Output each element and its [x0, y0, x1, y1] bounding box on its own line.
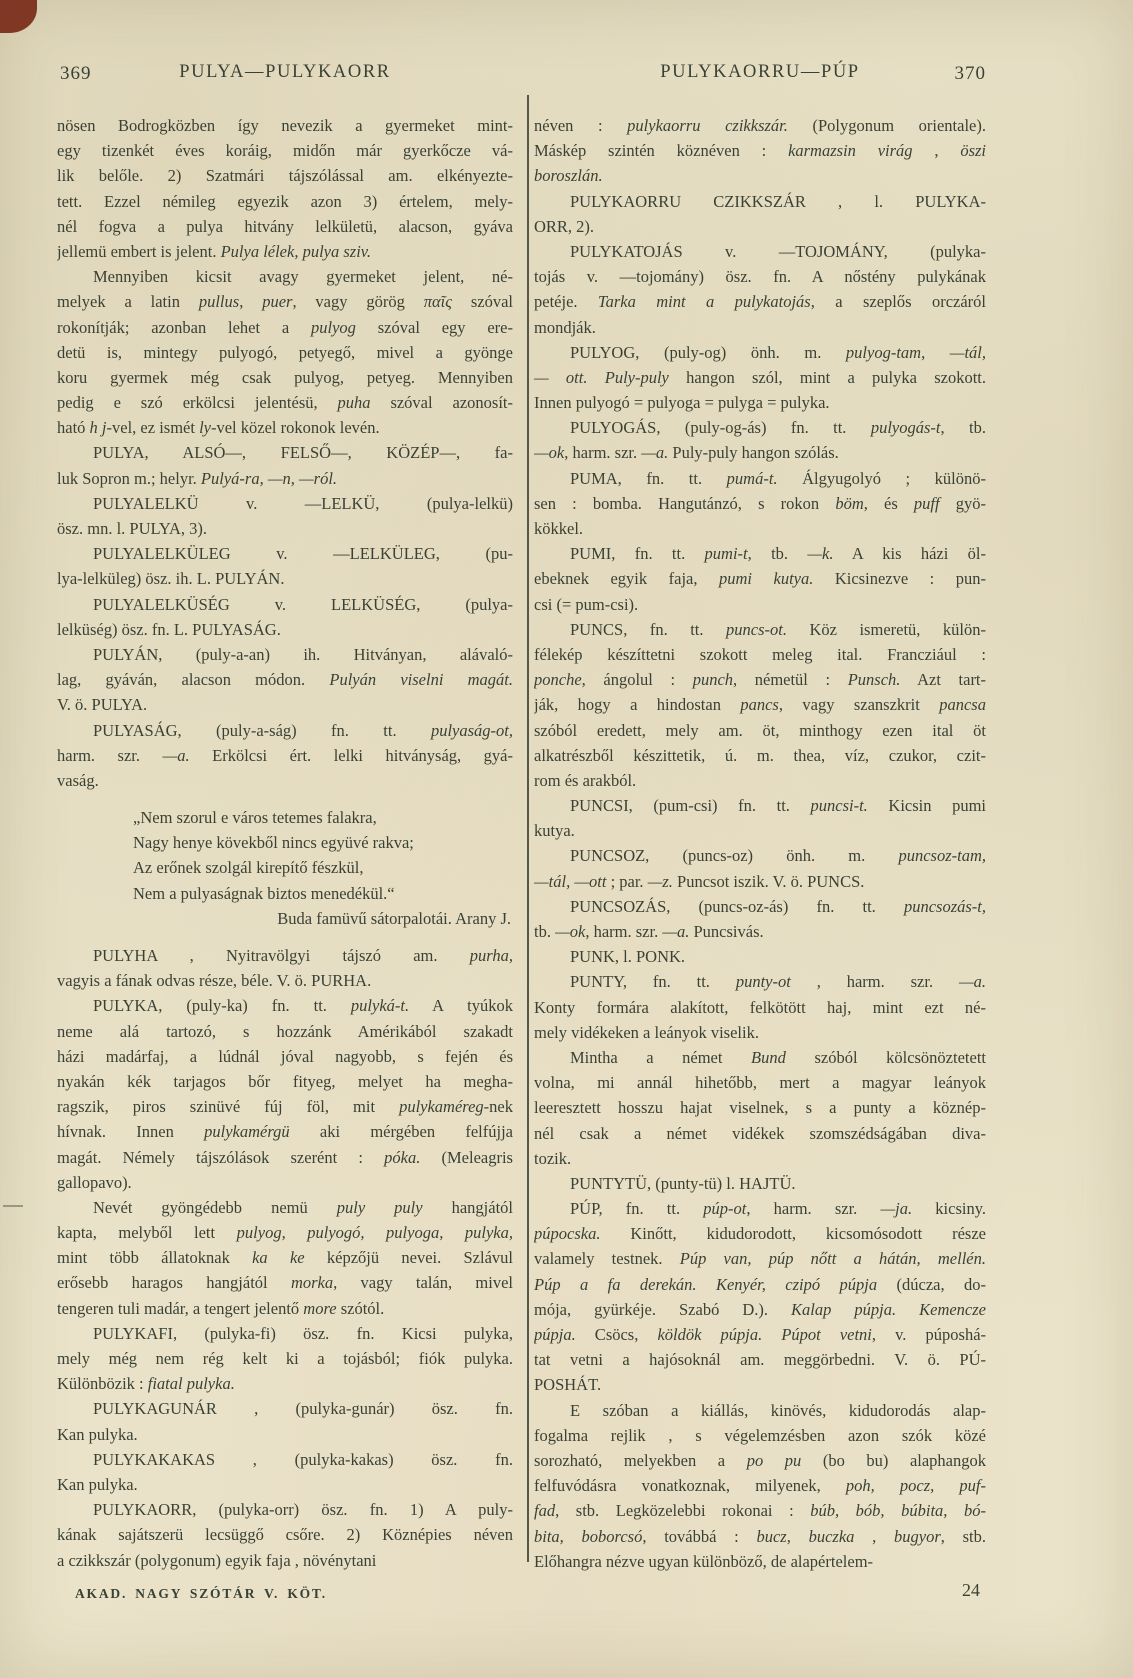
text-run: ösz. mn. l. PULYA, 3). — [57, 519, 207, 538]
italic-text-run: puncsozás-t, — [904, 897, 986, 916]
text-run: kökkel. — [534, 519, 583, 538]
text-run: lik belőle. 2) Szatmári tájszólással am.… — [57, 166, 513, 185]
italic-text-run: — ott. Puly-puly — [534, 368, 669, 387]
text-line: vagyis a fának odvas része, béle. V. ö. … — [57, 968, 513, 993]
text-line: volna, mi annál hihetőbb, mert a magyar … — [534, 1070, 986, 1095]
text-run: , harm. szr. — [791, 972, 959, 991]
italic-text-run: poh, pocz, puf- — [846, 1476, 986, 1495]
text-run: , tb. — [941, 418, 987, 437]
italic-text-run: fiatal pulyka. — [148, 1374, 235, 1393]
text-run: a czikkszár (polygonum) egyik faja , növ… — [57, 1551, 376, 1570]
italic-text-run: puly puly — [337, 1198, 423, 1217]
italic-text-run: morka — [291, 1273, 333, 1292]
text-line: kának sajátszerü lecsüggő csőre. 2) Közn… — [57, 1522, 513, 1547]
text-run: mója, gyürkéje. Szabó D.). — [534, 1300, 791, 1319]
text-run: ható — [57, 418, 90, 437]
text-run: detü is, mintegy pulyogó, petyegő, mivel… — [57, 343, 513, 362]
text-run: PULYKATOJÁS v. —TOJOMÁNY, (pulyka- — [570, 242, 986, 261]
italic-text-run: puff — [914, 494, 940, 513]
text-run: Puncsot iszik. V. ö. PUNCS. — [673, 872, 864, 891]
text-line: PULYKAORRU CZIKKSZÁR , l. PULYKA- — [534, 189, 986, 214]
italic-text-run: Punsch. — [848, 670, 901, 689]
text-run: kicsiny. — [912, 1199, 986, 1218]
text-line: PUNCSI, (pum-csi) fn. tt. puncsi-t. Kics… — [534, 793, 986, 818]
text-line: tat vetni a hajósoknál am. meggörbedni. … — [534, 1347, 986, 1372]
text-line: kutya. — [534, 818, 986, 843]
text-run: petéje. — [534, 292, 598, 311]
text-line: mint több állatoknak ka ke képzőjü nevei… — [57, 1245, 513, 1270]
text-run: E szóban a kiállás, kinövés, kidudorodás… — [570, 1401, 986, 1420]
text-run: nél csak a német vidékek szomszédságában… — [534, 1124, 986, 1143]
italic-text-run: ka ke — [252, 1248, 305, 1267]
text-run: harm. szr. — [57, 746, 163, 765]
text-line: púpocska. Kinőtt, kidudorodott, kicsomós… — [534, 1221, 986, 1246]
text-line: szóból eredett, mely am. öt, minthogy ez… — [534, 718, 986, 743]
text-run: mondják. — [534, 318, 596, 337]
text-line: nösen Bodrogközben így nevezik a gyermek… — [57, 113, 513, 138]
scanned-dictionary-page: { "colors":{"paper":"#eae3c9","ink":"#3a… — [0, 0, 1133, 1678]
page-number-right: 370 — [926, 63, 986, 85]
text-run: luk Sopron m.; helyr. — [57, 469, 201, 488]
italic-text-run: —k. — [807, 544, 833, 563]
text-run: Nevét gyöngédebb nemü — [93, 1198, 337, 1217]
text-line: lya-lelküleg) ösz. ih. L. PULYÁN. — [57, 566, 513, 591]
text-run: PULYOG, (puly-og) önh. m. — [570, 343, 846, 362]
text-run: PUMA, fn. tt. — [570, 469, 727, 488]
text-line: ják, hogy a hindostan pancs, vagy szansz… — [534, 692, 986, 717]
italic-text-run: puncs-ot. — [726, 620, 787, 639]
text-line: sen : bomba. Hangutánzó, s rokon böm, és… — [534, 491, 986, 516]
italic-text-run: pulyaság-ot, — [431, 721, 513, 740]
text-run: Buda famüvű sátorpalotái. Arany J. — [277, 909, 511, 928]
italic-text-run: purha, — [470, 946, 513, 965]
italic-text-run: pulykaméreg — [399, 1097, 484, 1116]
italic-text-run: po pu — [747, 1451, 802, 1470]
text-run: gyö- — [940, 494, 986, 513]
text-run: PUNCSI, (pum-csi) fn. tt. — [570, 796, 811, 815]
text-line: E szóban a kiállás, kinövés, kidudorodás… — [534, 1398, 986, 1423]
text-line: lelküség) ösz. fn. L. PULYASÁG. — [57, 617, 513, 642]
text-line: kökkel. — [534, 516, 986, 541]
text-line: félekép készíttetni szokott meleg ital. … — [534, 642, 986, 667]
italic-text-run: —ja. — [880, 1199, 912, 1218]
text-line: tett. Ezzel némileg egyezik azon 3) érte… — [57, 189, 513, 214]
running-head-right: PULYKAORRU—PÚP — [534, 62, 986, 83]
text-run: lelküség) ösz. fn. L. PULYASÁG. — [57, 620, 281, 639]
text-run: tozik. — [534, 1149, 571, 1168]
text-run: koru gyermek még csak pulyog, petyeg. Me… — [57, 368, 513, 387]
column-divider-rule — [527, 95, 529, 1562]
text-line: ható h j-vel, ez ismét ly-vel közel roko… — [57, 415, 513, 440]
text-line: harm. szr. —a. Erkölcsi ért. lelki hitvá… — [57, 743, 513, 768]
text-run: A tyúkok — [409, 996, 513, 1015]
text-run: PULYALELKÜSÉG v. LELKÜSÉG, (pulya- — [93, 595, 513, 614]
text-run: sorozható, melyekben a — [534, 1451, 747, 1470]
text-line: detü is, mintegy pulyogó, petyegő, mivel… — [57, 340, 513, 365]
text-line: fogalma rejlik , s végelemzésben azon sz… — [534, 1423, 986, 1448]
text-line: PULYKAORR, (pulyka-orr) ösz. fn. 1) A pu… — [57, 1497, 513, 1522]
text-line: nél fogva a pulya hitvány lelkületü, ala… — [57, 214, 513, 239]
italic-text-run: bita, boborcsó — [534, 1527, 642, 1546]
text-run: Konty formára alakított, felkötött haj, … — [534, 998, 986, 1017]
text-run: tat vetni a hajósoknál am. meggörbedni. … — [534, 1350, 986, 1369]
text-line: boroszlán. — [534, 163, 986, 188]
text-line: PULYA, ALSÓ—, FELSŐ—, KÖZÉP—, fa- — [57, 440, 513, 465]
text-line: vaság. — [57, 768, 513, 793]
text-line: PUNTY, fn. tt. punty-ot , harm. szr. —a. — [534, 969, 986, 994]
italic-text-run: púpja. — [534, 1325, 576, 1344]
text-line: Buda famüvű sátorpalotái. Arany J. — [57, 906, 513, 931]
text-run: ; par. — [606, 872, 647, 891]
italic-text-run: pumi kutya. — [719, 569, 813, 588]
text-line: tb. —ok, harm. szr. —a. Puncsivás. — [534, 919, 986, 944]
italic-text-run: —a. — [163, 746, 190, 765]
text-run: , stb. — [941, 1527, 986, 1546]
text-line: tengeren tuli madár, a tengert jelentő m… — [57, 1296, 513, 1321]
text-run: Mintha a német — [570, 1048, 751, 1067]
text-run: PÚP, fn. tt. — [570, 1199, 703, 1218]
text-run: szóból eredett, mely am. öt, minthogy ez… — [534, 721, 986, 740]
italic-text-run: pullus — [199, 292, 239, 311]
italic-text-run: öszi — [960, 141, 986, 160]
italic-text-run: ponche — [534, 670, 582, 689]
italic-text-run: köldök púpja. Púpot vetni — [657, 1325, 871, 1344]
text-run: PUMI, fn. tt. — [570, 544, 705, 563]
italic-text-run: —tál, —ott — [534, 872, 606, 891]
text-line: lik belőle. 2) Szatmári tájszólással am.… — [57, 163, 513, 188]
text-run: kutya. — [534, 821, 575, 840]
italic-text-run: more — [303, 1299, 336, 1318]
text-run: Nem a pulyaságnak biztos menedékül.“ — [133, 884, 395, 903]
text-run: hangjától — [423, 1198, 513, 1217]
text-run: ragszik, piros szinüvé fúj föl, mit — [57, 1097, 399, 1116]
text-line: Innen pulyogó = pulyoga = pulyga = pulyk… — [534, 390, 986, 415]
text-line: fad, stb. Legközelebbi rokonai : búb, bó… — [534, 1498, 986, 1523]
text-run: valamely testnek. — [534, 1249, 680, 1268]
text-run: , továbbá : — [642, 1527, 756, 1546]
text-run: egy tizenkét éves koráig, midőn már gyer… — [57, 141, 513, 160]
text-line: Mennyiben kicsit avagy gyermeket jelent,… — [57, 264, 513, 289]
text-line: tojás v. —tojomány) ösz. fn. A nőstény p… — [534, 264, 986, 289]
text-line: púpja. Csöcs, köldök púpja. Púpot vetni,… — [534, 1322, 986, 1347]
italic-text-run: Pulyá-ra, —n, —ról. — [201, 469, 337, 488]
text-run: Kan pulyka. — [57, 1475, 138, 1494]
text-line: csi (= pum-csi). — [534, 592, 986, 617]
text-line: luk Sopron m.; helyr. Pulyá-ra, —n, —ról… — [57, 466, 513, 491]
text-run: „Nem szorul e város tetemes falakra, — [133, 808, 377, 827]
italic-text-run: Kalap púpja. Kemencze — [791, 1300, 986, 1319]
text-run: PULYALELKÜ v. —LELKÜ, (pulya-lelkü) — [93, 494, 513, 513]
text-run: PUNCS, fn. tt. — [570, 620, 726, 639]
text-line: 24 — [534, 1578, 986, 1603]
text-run: tojás v. —tojomány) ösz. fn. A nőstény p… — [534, 267, 986, 286]
text-run: csi (= pum-csi). — [534, 595, 638, 614]
text-line: Nagy henye kövekből nincs együvé rakva; — [57, 830, 513, 855]
text-line: Nem a pulyaságnak biztos menedékül.“ — [57, 881, 513, 906]
text-run: PULYÁN, (puly-a-an) ih. Hitványan, aláva… — [93, 645, 513, 664]
text-run: PULYKAGUNÁR , (pulyka-gunár) ösz. fn. — [93, 1399, 513, 1418]
italic-text-run: pancs — [740, 695, 779, 714]
text-run: V. ö. PULYA. — [57, 695, 147, 714]
text-line: felfuvódásra vonatkoznak, milyenek, poh,… — [534, 1473, 986, 1498]
text-line: rokonítják; azonban lehet a pulyog szóva… — [57, 315, 513, 340]
italic-text-run: púpocska. — [534, 1224, 600, 1243]
text-run: Kinőtt, kidudorodott, kicsomósodott rész… — [600, 1224, 986, 1243]
text-run: lya-lelküleg) ösz. ih. L. PULYÁN. — [57, 569, 284, 588]
text-line: ebeknek egyik faja, pumi kutya. Kicsinez… — [534, 566, 986, 591]
italic-text-run: bucz, buczka , bugyor — [756, 1527, 940, 1546]
text-run: ebeknek egyik faja, — [534, 569, 719, 588]
text-run — [697, 1275, 716, 1294]
italic-text-run: pancsa — [939, 695, 986, 714]
text-line: PUMI, fn. tt. pumi-t, tb. —k. A kis házi… — [534, 541, 986, 566]
text-line: PULYASÁG, (puly-a-ság) fn. tt. pulyaság-… — [57, 718, 513, 743]
text-run: PUNCSOZ, (puncs-oz) önh. m. — [570, 846, 898, 865]
text-run: PULYASÁG, (puly-a-ság) fn. tt. — [93, 721, 431, 740]
text-run: , vagy szanszkrit — [779, 695, 939, 714]
text-line: neme alá tartozó, s hozzánk Amérikából s… — [57, 1019, 513, 1044]
italic-text-run: ly — [199, 418, 211, 437]
text-run: , harm. szr. — [746, 1199, 880, 1218]
text-run: szóval azonosít- — [371, 393, 513, 412]
text-line: PÚP, fn. tt. púp-ot, harm. szr. —ja. kic… — [534, 1196, 986, 1221]
text-run: , a szeplős orczáról — [811, 292, 986, 311]
italic-text-run: pulykamérgü — [204, 1122, 290, 1141]
text-run: ORR, 2). — [534, 217, 594, 236]
text-line: egy tizenkét éves koráig, midőn már gyer… — [57, 138, 513, 163]
text-line: PULYALELKÜ v. —LELKÜ, (pulya-lelkü) — [57, 491, 513, 516]
text-line: koru gyermek még csak pulyog, petyeg. Me… — [57, 365, 513, 390]
text-run: nösen Bodrogközben így nevezik a gyermek… — [57, 116, 513, 135]
text-run: PULYALELKÜLEG v. —LELKÜLEG, (pu- — [93, 544, 513, 563]
text-run: kapta, melyből lett — [57, 1223, 237, 1242]
text-run: szóval egy ere- — [356, 318, 513, 337]
italic-text-run: punty-ot — [736, 972, 791, 991]
italic-text-run: pumá-t. — [727, 469, 778, 488]
text-run: vaság. — [57, 771, 99, 790]
text-run: ják, hogy a hindostan — [534, 695, 740, 714]
text-run: , vagy görög — [292, 292, 423, 311]
text-run: , németül : — [733, 670, 848, 689]
text-line: PUNCSOZÁS, (puncs-oz-ás) fn. tt. puncsoz… — [534, 894, 986, 919]
text-run: leeresztett hosszu hajat viselnek, s a p… — [534, 1098, 986, 1117]
text-run: sen : bomba. Hangutánzó, s rokon — [534, 494, 835, 513]
text-run: , — [913, 141, 961, 160]
text-run: szóból kölcsönöztetett — [786, 1048, 986, 1067]
text-line: mondják. — [534, 315, 986, 340]
text-line: Púp a fa derekán. Kenyér, czipó púpja (d… — [534, 1272, 986, 1297]
text-line: leeresztett hosszu hajat viselnek, s a p… — [534, 1095, 986, 1120]
text-run: PULYKAORRU CZIKKSZÁR , l. PULYKA- — [570, 192, 986, 211]
text-run: szótól. — [337, 1299, 385, 1318]
text-line: PUNCSOZ, (puncs-oz) önh. m. puncsoz-tam, — [534, 843, 986, 868]
text-run: képzőjü nevei. Szlávul — [305, 1248, 513, 1267]
text-line: — ott. Puly-puly hangon szól, mint a pul… — [534, 365, 986, 390]
text-run: félekép készíttetni szokott meleg ital. … — [534, 645, 986, 664]
text-run: Puly-puly hangon szólás. — [668, 443, 839, 462]
italic-text-run: —a. — [641, 443, 668, 462]
text-run: házi madárfaj, a lúdnál jóval nagyobb, s… — [57, 1047, 513, 1066]
italic-text-run: puer — [262, 292, 292, 311]
text-line: Előhangra nézve ugyan különböző, de alap… — [534, 1549, 986, 1574]
text-line: jellemü embert is jelent. Pulya lélek, p… — [57, 239, 513, 264]
italic-text-run: pulyká-t. — [351, 996, 409, 1015]
text-line: hívnak. Innen pulykamérgü aki mérgében f… — [57, 1119, 513, 1144]
text-run: Máskép szintén köznéven : — [534, 141, 788, 160]
text-line: gallopavo). — [57, 1170, 513, 1195]
text-run: (Meleagris — [420, 1148, 513, 1167]
italic-text-run: Púp van, púp nőtt a hátán, mellén. — [680, 1249, 986, 1268]
text-line: pedig e szó erkölcsi jelentésü, puha szó… — [57, 390, 513, 415]
running-head-left: PULYA—PULYKAORR — [57, 62, 513, 83]
text-column-left: nösen Bodrogközben így nevezik a gyermek… — [57, 113, 513, 1573]
text-run: hangon szól, mint a pulyka szokott. — [669, 368, 986, 387]
italic-text-run: búb, bób, búbita, bó- — [810, 1501, 986, 1520]
text-run: , tb. — [748, 544, 808, 563]
text-line: Konty formára alakított, felkötött haj, … — [534, 995, 986, 1020]
text-run: 24 — [962, 1580, 980, 1600]
text-line: PULYALELKÜSÉG v. LELKÜSÉG, (pulya- — [57, 592, 513, 617]
text-run: , és — [864, 494, 914, 513]
text-run: Erkölcsi ért. lelki hitványság, gyá- — [190, 746, 513, 765]
text-line: bita, boborcsó, továbbá : bucz, buczka ,… — [534, 1524, 986, 1549]
italic-text-run: h j — [90, 418, 107, 437]
text-run: PULYKAORR, (pulyka-orr) ösz. fn. 1) A pu… — [93, 1500, 513, 1519]
text-line: petéje. Tarka mint a pulykatojás, a szep… — [534, 289, 986, 314]
italic-text-run: fad — [534, 1501, 555, 1520]
text-line: Kan pulyka. — [57, 1422, 513, 1447]
italic-text-run: παῖς — [424, 292, 452, 311]
text-line: Kan pulyka. — [57, 1472, 513, 1497]
text-line: ragszik, piros szinüvé fúj föl, mit puly… — [57, 1094, 513, 1119]
text-run: , ángolul : — [582, 670, 693, 689]
text-run: Az erőnek szolgál kirepítő fészkül, — [133, 858, 363, 877]
text-run: Mennyiben kicsit avagy gyermeket jelent,… — [93, 267, 513, 286]
text-line: PUNK, l. PONK. — [534, 944, 986, 969]
text-run: PULYA, ALSÓ—, FELSŐ—, KÖZÉP—, fa- — [93, 443, 513, 462]
text-line: PULYKAFI, (pulyka-fi) ösz. fn. Kicsi pul… — [57, 1321, 513, 1346]
text-run: fogalma rejlik , s végelemzésben azon sz… — [534, 1426, 986, 1445]
text-run: PUNCSOZÁS, (puncs-oz-ás) fn. tt. — [570, 897, 904, 916]
text-column-right: néven : pulykaorru czikkszár. (Polygonum… — [534, 113, 986, 1603]
text-run: alkatrészből készittetik, ú. m. thea, ví… — [534, 746, 986, 765]
italic-text-run: pulyog-tam, —tál, — [846, 343, 986, 362]
text-run: Puncsivás. — [689, 922, 763, 941]
text-run: kának sajátszerü lecsüggő csőre. 2) Közn… — [57, 1525, 513, 1544]
text-line: ORR, 2). — [534, 214, 986, 239]
text-line: PULYKA, (puly-ka) fn. tt. pulyká-t. A ty… — [57, 993, 513, 1018]
italic-text-run: Tarka mint a pulykatojás — [598, 292, 811, 311]
text-line: Máskép szintén köznéven : karmazsin virá… — [534, 138, 986, 163]
text-line: alkatrészből készittetik, ú. m. thea, ví… — [534, 743, 986, 768]
text-run: néven : — [534, 116, 627, 135]
text-run: tb. — [534, 922, 555, 941]
text-run: (dúcza, do- — [877, 1275, 986, 1294]
text-line: kapta, melyből lett pulyog, pulyogó, pul… — [57, 1220, 513, 1245]
italic-text-run: pumi-t — [705, 544, 748, 563]
text-line: tozik. — [534, 1146, 986, 1171]
text-run: , — [239, 292, 262, 311]
italic-text-run: puha — [338, 393, 371, 412]
text-run: mely még nem rég kelt ki a tojásból; fió… — [57, 1349, 513, 1368]
text-run: PULYKAKAKAS , (pulyka-kakas) ösz. fn. — [93, 1450, 513, 1469]
text-run: mint több állatoknak — [57, 1248, 252, 1267]
text-run: Különbözik : — [57, 1374, 148, 1393]
text-run: neme alá tartozó, s hozzánk Amérikából s… — [57, 1022, 513, 1041]
text-line: nyakán kék tarjagos bőr fityeg, melyet h… — [57, 1069, 513, 1094]
text-run: , harm. szr. — [564, 443, 641, 462]
text-run: tengeren tuli madár, a tengert jelentő — [57, 1299, 303, 1318]
text-run: (Polygonum orientale). — [788, 116, 986, 135]
italic-text-run: punch — [693, 670, 733, 689]
text-line: mely vidékeken a leányok viselik. — [534, 1020, 986, 1045]
text-line: PULYKATOJÁS v. —TOJOMÁNY, (pulyka- — [534, 239, 986, 264]
text-line: erősebb haragos hangjától morka, vagy ta… — [57, 1270, 513, 1295]
italic-text-run: puncsi-t. — [811, 796, 868, 815]
text-line: rom és arakból. — [534, 768, 986, 793]
text-run: nyakán kék tarjagos bőr fityeg, melyet h… — [57, 1072, 513, 1091]
text-run: , vagy talán, mivel — [333, 1273, 513, 1292]
page-corner-stain — [0, 0, 37, 33]
text-line: mója, gyürkéje. Szabó D.). Kalap púpja. … — [534, 1297, 986, 1322]
text-line: PULYOG, (puly-og) önh. m. pulyog-tam, —t… — [534, 340, 986, 365]
italic-text-run: puncsoz-tam, — [898, 846, 986, 865]
text-line: Mintha a német Bund szóból kölcsönöztete… — [534, 1045, 986, 1070]
text-run: lag, gyáván, alacson módon. — [57, 670, 329, 689]
text-run: PUNK, l. PONK. — [570, 947, 685, 966]
text-run: Nagy henye kövekből nincs együvé rakva; — [133, 833, 414, 852]
text-line: sorozható, melyekben a po pu (bo bu) ala… — [534, 1448, 986, 1473]
text-run: PULYHA , Nyitravölgyi tájszó am. — [93, 946, 470, 965]
text-line: PULYALELKÜLEG v. —LELKÜLEG, (pu- — [57, 541, 513, 566]
text-run: Kicsin pumi — [868, 796, 986, 815]
text-line: PULYKAGUNÁR , (pulyka-gunár) ösz. fn. — [57, 1396, 513, 1421]
text-run: rom és arakból. — [534, 771, 636, 790]
text-run: , v. púposhá- — [872, 1325, 986, 1344]
text-line: POSHÁT. — [534, 1372, 986, 1397]
italic-text-run: pulyogás-t — [871, 418, 941, 437]
text-run: -nek — [484, 1097, 513, 1116]
italic-text-run: póka. — [384, 1148, 420, 1167]
text-line: nél csak a német vidékek szomszédságában… — [534, 1121, 986, 1146]
text-line: melyek a latin pullus, puer, vagy görög … — [57, 289, 513, 314]
italic-text-run: pulyog — [311, 318, 356, 337]
text-run: PUNTYTÜ, (punty-tü) l. HAJTÜ. — [570, 1174, 795, 1193]
text-run: Kicsinezve : pun- — [813, 569, 986, 588]
text-line: V. ö. PULYA. — [57, 692, 513, 717]
text-run: szóval — [452, 292, 513, 311]
italic-text-run: púp-ot — [703, 1199, 746, 1218]
italic-text-run: böm — [835, 494, 863, 513]
text-run: gallopavo). — [57, 1173, 132, 1192]
text-line: PULYÁN, (puly-a-an) ih. Hitványan, aláva… — [57, 642, 513, 667]
text-line: valamely testnek. Púp van, púp nőtt a há… — [534, 1246, 986, 1271]
text-run: felfuvódásra vonatkoznak, milyenek, — [534, 1476, 846, 1495]
text-run: A kis házi öl- — [834, 544, 986, 563]
text-line: Nevét gyöngédebb nemü puly puly hangjátó… — [57, 1195, 513, 1220]
text-run: tett. Ezzel némileg egyezik azon 3) érte… — [57, 192, 513, 211]
italic-text-run: —z. — [648, 872, 673, 891]
text-line: PUNTYTÜ, (punty-tü) l. HAJTÜ. — [534, 1171, 986, 1196]
text-run: (bo bu) alaphangok — [801, 1451, 986, 1470]
text-line: Az erőnek szolgál kirepítő fészkül, — [57, 855, 513, 880]
italic-text-run: Pulyán viselni magát. — [329, 670, 513, 689]
italic-text-run: —ok — [534, 443, 564, 462]
text-line: „Nem szorul e város tetemes falakra, — [57, 805, 513, 830]
text-run: pedig e szó erkölcsi jelentésü, — [57, 393, 338, 412]
text-run: jellemü embert is jelent. — [57, 242, 221, 261]
volume-signature: AKAD. NAGY SZÓTÁR V. KÖT. — [75, 1586, 327, 1602]
